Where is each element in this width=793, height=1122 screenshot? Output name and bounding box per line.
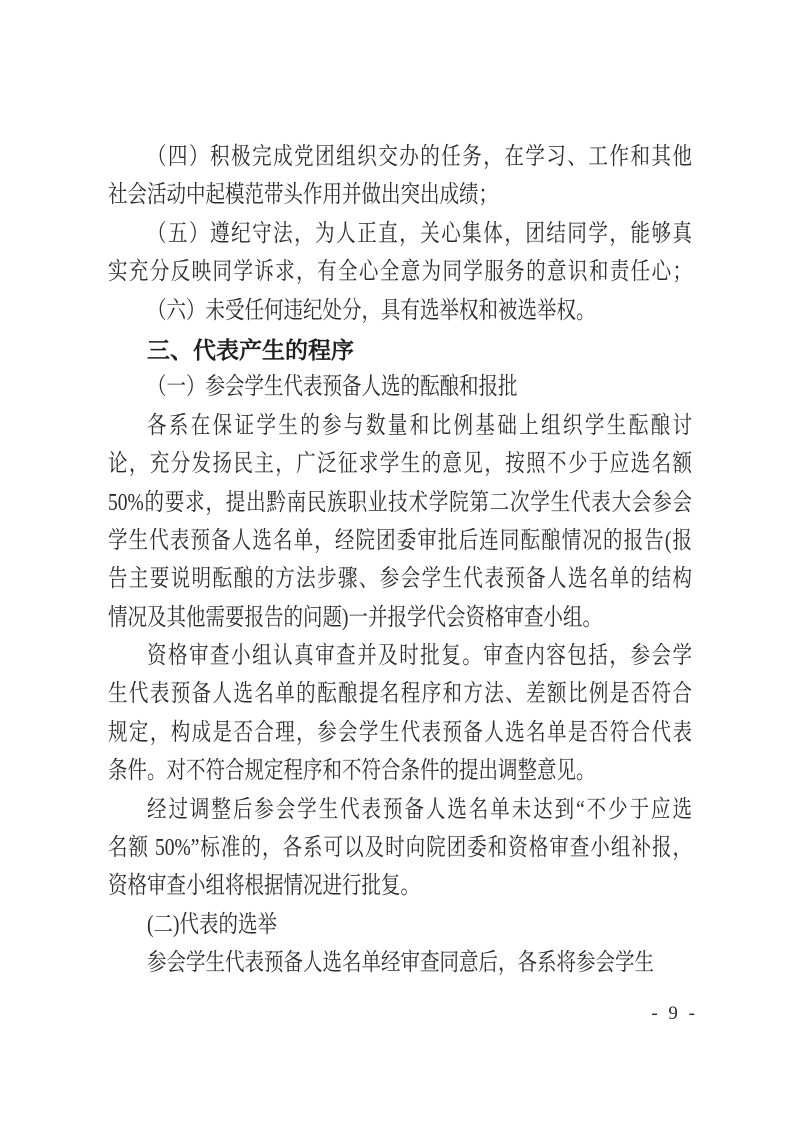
section-heading: 三、代表产生的程序 [108, 331, 692, 369]
paragraph-line: （六）未受任何违纪处分，具有选举权和被选举权。 [108, 288, 692, 335]
page-number: - 9 - [651, 1002, 695, 1026]
paragraph-line: 参会学生代表预备人选名单经审查同意后，各系将参会学生 [108, 941, 692, 988]
document-page: （四）积极完成党团组织交办的任务，在学习、工作和其他 社会活动中起模范带头作用并… [0, 0, 793, 1122]
page-body: （四）积极完成党团组织交办的任务，在学习、工作和其他 社会活动中起模范带头作用并… [108, 139, 692, 984]
